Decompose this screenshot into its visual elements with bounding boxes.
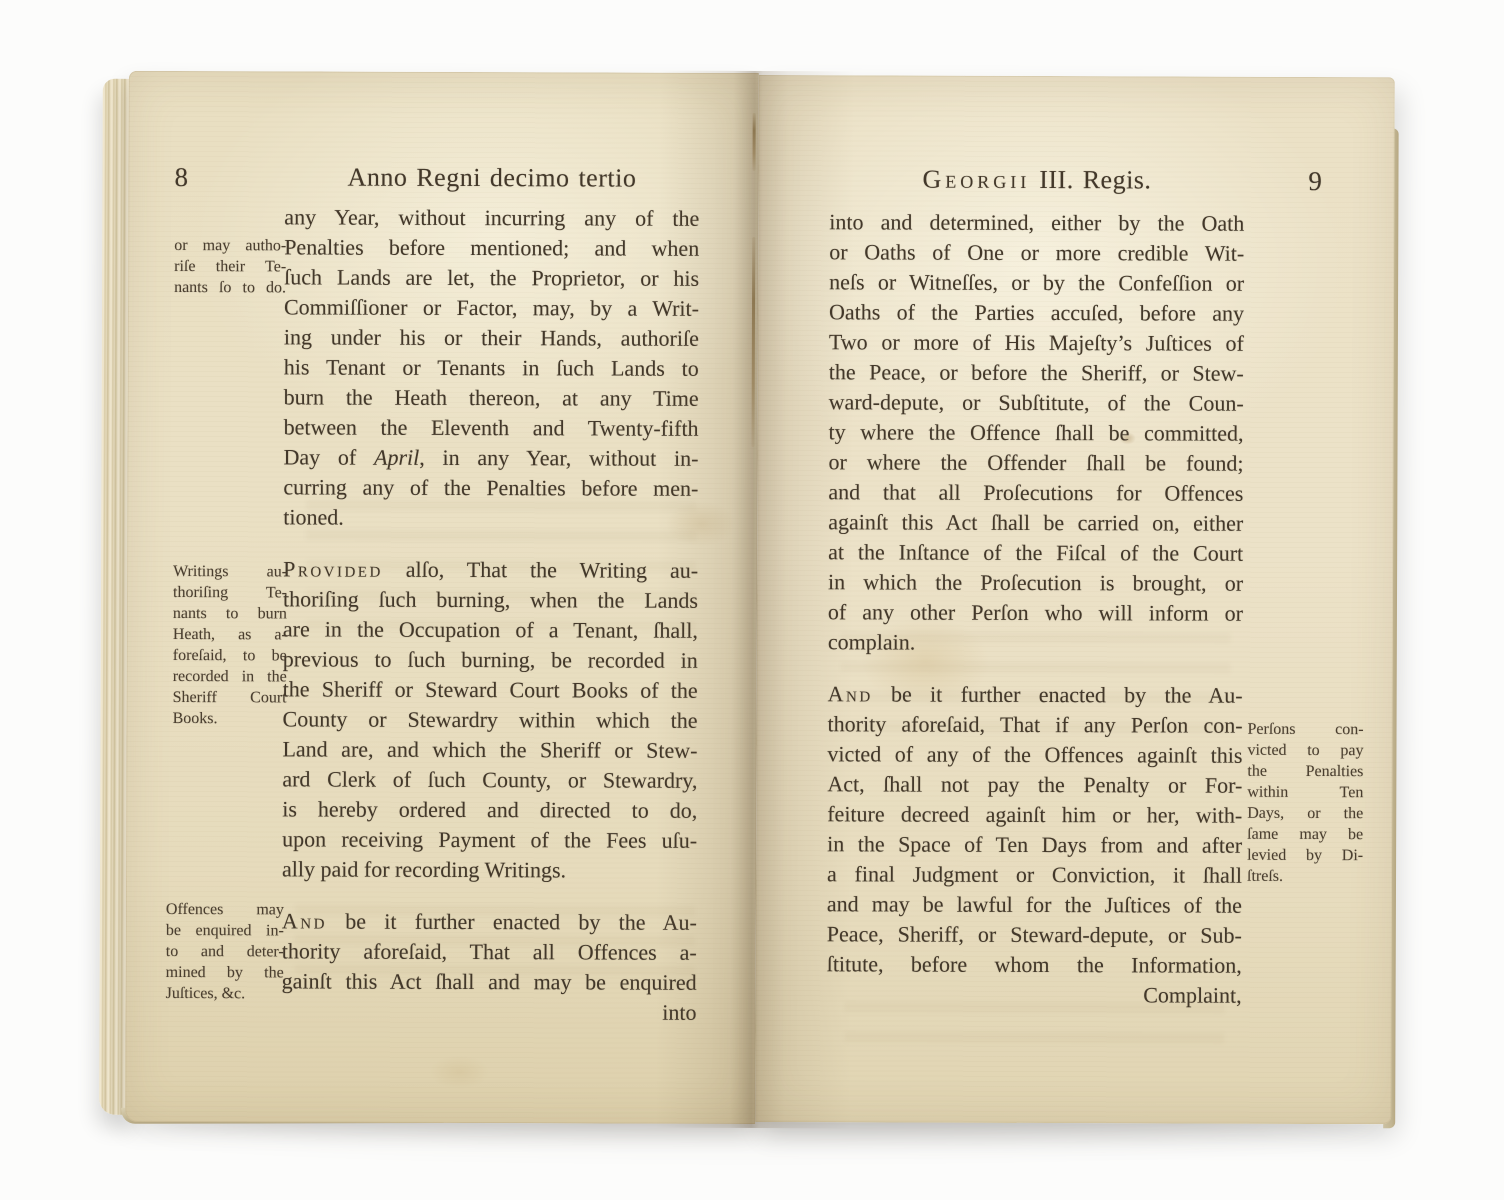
text-line: burn the Heath thereon, at any Time bbox=[284, 382, 699, 413]
smallcaps-lead: And bbox=[282, 908, 327, 933]
text-line: Day of April, in any Year, without in- bbox=[283, 442, 698, 473]
margin-note-line: Days, or the bbox=[1247, 803, 1363, 824]
margin-note-line: to and deter- bbox=[166, 941, 284, 962]
smallcaps-lead: And bbox=[828, 681, 873, 706]
text-line: are in the Occupation of a Tenant, ſhall… bbox=[283, 614, 698, 645]
text-segment: , in any Year, without in- bbox=[419, 445, 698, 471]
margin-note: Offences may be enquired in- to and dete… bbox=[166, 899, 284, 1004]
margin-note-line: Perſons con- bbox=[1248, 719, 1364, 740]
text-line: Two or more of His Majeſty’s Juſtices of bbox=[829, 327, 1244, 358]
text-segment: III. Regis. bbox=[1039, 165, 1151, 194]
margin-note-line: be enquired in- bbox=[166, 920, 284, 941]
margin-note-line: ſame may be bbox=[1247, 824, 1363, 845]
text-segment: Day of bbox=[283, 444, 374, 469]
paragraph: into and determined, either by the Oath … bbox=[828, 207, 1245, 658]
text-line: ſuch Lands are let, the Proprietor, or h… bbox=[284, 262, 699, 293]
margin-note-line: the Penalties bbox=[1247, 761, 1363, 782]
right-text-column: into and determined, either by the Oath … bbox=[826, 207, 1244, 1032]
paragraph: any Year, without incurring any of the P… bbox=[283, 202, 699, 533]
text-line: in which the Proſecution is brought, or bbox=[828, 567, 1243, 598]
binding-thread bbox=[752, 113, 755, 171]
text-line: ward-depute, or Subſtitute, of the Coun- bbox=[829, 387, 1244, 418]
text-line: thority aforeſaid, That if any Perſon co… bbox=[828, 709, 1243, 740]
text-line: ard Clerk of ſuch County, or Stewardry, bbox=[282, 764, 697, 795]
running-head-left: Anno Regni decimo tertio bbox=[284, 162, 699, 193]
text-line: at the Inſtance of the Fiſcal of the Cou… bbox=[828, 537, 1243, 568]
text-line: Penalties before mentioned; and when bbox=[284, 232, 699, 263]
text-line: Act, ſhall not pay the Penalty or For- bbox=[827, 769, 1242, 800]
text-line: feiture decreed againſt him or her, with… bbox=[827, 799, 1242, 830]
text-line: Oaths of the Parties accuſed, before any bbox=[829, 297, 1244, 328]
text-line: Peace, Sheriff, or Steward-depute, or Su… bbox=[827, 919, 1242, 950]
margin-note-line: ſtreſs. bbox=[1247, 866, 1363, 887]
text-line: thority aforeſaid, That all Offences a- bbox=[282, 936, 697, 967]
smallcaps-lead: Provided bbox=[283, 556, 383, 581]
margin-note-line: Books. bbox=[173, 708, 287, 729]
text-line: ſtitute, before whom the Information, bbox=[827, 949, 1242, 980]
text-line: complain. bbox=[828, 627, 1243, 658]
text-line: his Tenant or Tenants in ſuch Lands to bbox=[284, 352, 699, 383]
text-line: And be it further enacted by the Au- bbox=[282, 906, 697, 937]
margin-note-line: or may autho- bbox=[174, 235, 286, 256]
margin-note-line: levied by Di- bbox=[1247, 845, 1363, 866]
margin-note: Writings au- thoriſing Te- nants to burn… bbox=[173, 561, 288, 729]
text-line: any Year, without incurring any of the bbox=[284, 202, 699, 233]
text-segment: be it further enacted by the Au- bbox=[327, 909, 697, 935]
photo-background: 8 Anno Regni decimo tertio any Year, wit… bbox=[0, 0, 1504, 1200]
text-line: againſt this Act ſhall be carried on, ei… bbox=[828, 507, 1243, 538]
text-line: Land are, and which the Sheriff or Stew- bbox=[282, 734, 697, 765]
text-line: or where the Offender ſhall be found; bbox=[828, 447, 1243, 478]
margin-note-line: Heath, as a- bbox=[173, 624, 287, 645]
margin-note-line: nants ſo to do. bbox=[174, 277, 286, 298]
catchword: Complaint, bbox=[827, 979, 1242, 1010]
text-line: gainſt this Act ſhall and may be enquire… bbox=[282, 966, 697, 997]
text-line: and that all Proſecutions for Offences bbox=[828, 477, 1243, 508]
paragraph: And be it further enacted by the Au- tho… bbox=[827, 679, 1243, 1010]
margin-note-line: riſe their Te- bbox=[174, 256, 286, 277]
margin-note-line: Writings au- bbox=[173, 561, 287, 582]
catchword: into bbox=[282, 996, 697, 1027]
text-line: And be it further enacted by the Au- bbox=[828, 679, 1243, 710]
running-head-word: Georgii bbox=[922, 165, 1030, 194]
text-line: County or Stewardry within which the bbox=[283, 704, 698, 735]
text-line: thoriſing ſuch burning, when the Lands bbox=[283, 584, 698, 615]
text-line: upon receiving Payment of the Fees uſu- bbox=[282, 824, 697, 855]
text-line: curring any of the Penalties before men- bbox=[283, 472, 698, 503]
margin-note: Perſons con- victed to pay the Penalties… bbox=[1247, 719, 1364, 887]
margin-note-line: recorded in the bbox=[173, 666, 287, 687]
text-line: and may be lawful for the Juſtices of th… bbox=[827, 889, 1242, 920]
margin-note-line: foreſaid, to be bbox=[173, 645, 287, 666]
page-number-right: 9 bbox=[1308, 166, 1322, 197]
text-line: Provided alſo, That the Writing au- bbox=[283, 554, 698, 585]
text-segment: be it further enacted by the Au- bbox=[873, 681, 1243, 707]
open-book: 8 Anno Regni decimo tertio any Year, wit… bbox=[99, 69, 1399, 1131]
text-line: or Oaths of One or more credible Wit- bbox=[829, 237, 1244, 268]
text-line: ty where the Offence ſhall be committed, bbox=[829, 417, 1244, 448]
text-line: ally paid for recording Writings. bbox=[282, 854, 697, 885]
text-line: the Peace, or before the Sheriff, or Ste… bbox=[829, 357, 1244, 388]
text-line: is hereby ordered and directed to do, bbox=[282, 794, 697, 825]
margin-note-line: victed to pay bbox=[1247, 740, 1363, 761]
paragraph: And be it further enacted by the Au- tho… bbox=[282, 906, 697, 1027]
italic-word: April bbox=[374, 445, 419, 470]
text-line: of any other Perſon who will inform or bbox=[828, 597, 1243, 628]
margin-note-line: Sheriff Court bbox=[173, 687, 287, 708]
page-number-left: 8 bbox=[174, 162, 188, 193]
margin-note-line: mined by the bbox=[166, 962, 284, 983]
text-line: into and determined, either by the Oath bbox=[829, 207, 1244, 238]
text-line: Commiſſioner or Factor, may, by a Writ- bbox=[284, 292, 699, 323]
text-line: the Sheriff or Steward Court Books of th… bbox=[283, 674, 698, 705]
margin-note-line: thoriſing Te- bbox=[173, 582, 287, 603]
text-line: in the Space of Ten Days from and after bbox=[827, 829, 1242, 860]
text-line: previous to ſuch burning, be recorded in bbox=[283, 644, 698, 675]
margin-note: or may autho- riſe their Te- nants ſo to… bbox=[174, 235, 286, 298]
text-line: tioned. bbox=[283, 502, 698, 533]
margin-note-line: within Ten bbox=[1247, 782, 1363, 803]
text-line: a final Judgment or Conviction, it ſhall bbox=[827, 859, 1242, 890]
text-line: victed of any of the Offences againſt th… bbox=[827, 739, 1242, 770]
text-line: ing under his or their Hands, authoriſe bbox=[284, 322, 699, 353]
margin-note-line: Offences may bbox=[166, 899, 284, 920]
text-line: neſs or Witneſſes, or by the Confeſſion … bbox=[829, 267, 1244, 298]
running-head-right: Georgii III. Regis. bbox=[829, 164, 1244, 195]
margin-note-line: Juſtices, &c. bbox=[166, 983, 284, 1004]
text-segment: alſo, That the Writing au- bbox=[383, 557, 698, 583]
left-text-column: any Year, without incurring any of the P… bbox=[281, 202, 699, 1049]
text-line: between the Eleventh and Twenty-fifth bbox=[284, 412, 699, 443]
margin-note-line: nants to burn bbox=[173, 603, 287, 624]
paragraph: Provided alſo, That the Writing au- thor… bbox=[282, 554, 698, 885]
